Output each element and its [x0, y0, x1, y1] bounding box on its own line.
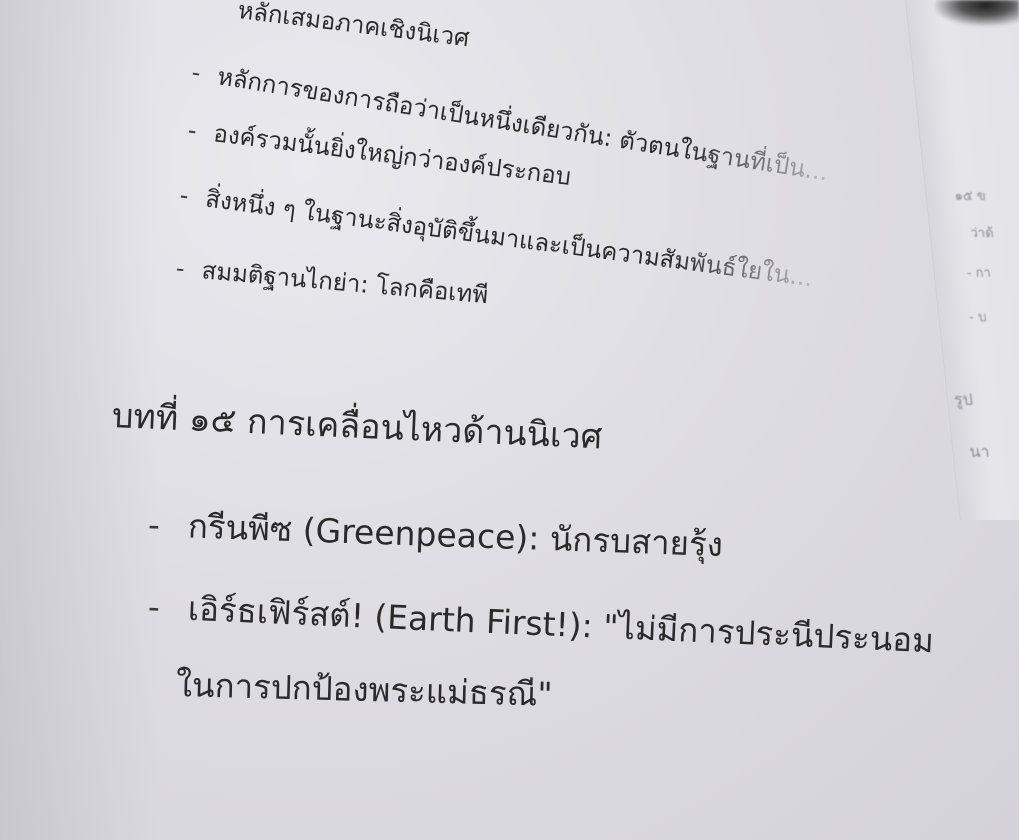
- adjacent-page-fragment: รูป: [953, 388, 974, 413]
- adjacent-page-fragment: นา: [968, 440, 991, 465]
- list-item: -เอิร์ธเฟิร์สต์! (Earth First!): "ไม่มีก…: [147, 580, 935, 667]
- bullet-dash: -: [175, 254, 203, 284]
- bullet-dash: -: [178, 181, 207, 212]
- adjacent-page-fragment: - กา: [966, 262, 992, 283]
- photo-artifact: [935, 0, 1019, 26]
- list-item-text: หลักเสมอภาคเชิงนิเวศ: [236, 0, 471, 52]
- list-item-text: เอิร์ธเฟิร์สต์! (Earth First!): "ไม่มีกา…: [187, 589, 935, 661]
- list-item: -กรีนพีซ (Greenpeace): นักรบสายรุ้ง: [147, 498, 724, 571]
- bullet-dash: -: [147, 587, 189, 628]
- adjacent-page-fragment: - บ: [968, 306, 987, 327]
- list-item: หลักเสมอภาคเชิงนิเวศ: [236, 0, 472, 57]
- bullet-dash: -: [147, 505, 188, 545]
- list-item-text: สมมติฐานไกย่า: โลกคือเทพี: [201, 256, 490, 309]
- list-item-text: ในการปกป้องพระแม่ธรณี": [175, 665, 553, 714]
- list-item: -สมมติฐานไกย่า: โลกคือเทพี: [174, 248, 490, 314]
- bullet-dash: -: [186, 116, 215, 147]
- adjacent-page-fragment: ว่าด้: [969, 222, 994, 243]
- chapter-heading-text: บทที่ ๑๕ การเคลื่อนไหวด้านนิเวศ: [111, 396, 603, 457]
- document-page: ๑๕ ข ว่าด้ - กา - บ รูป นา หลักเสมอภาคเช…: [0, 0, 1019, 840]
- list-item-text: กรีนพีซ (Greenpeace): นักรบสายรุ้ง: [187, 506, 723, 564]
- chapter-heading: บทที่ ๑๕ การเคลื่อนไหวด้านนิเวศ: [111, 388, 604, 463]
- list-item-continuation: ในการปกป้องพระแม่ธรณี": [175, 658, 553, 721]
- adjacent-page: ๑๕ ข ว่าด้ - กา - บ รูป นา: [905, 0, 1019, 520]
- adjacent-page-fragment: ๑๕ ข: [953, 185, 986, 206]
